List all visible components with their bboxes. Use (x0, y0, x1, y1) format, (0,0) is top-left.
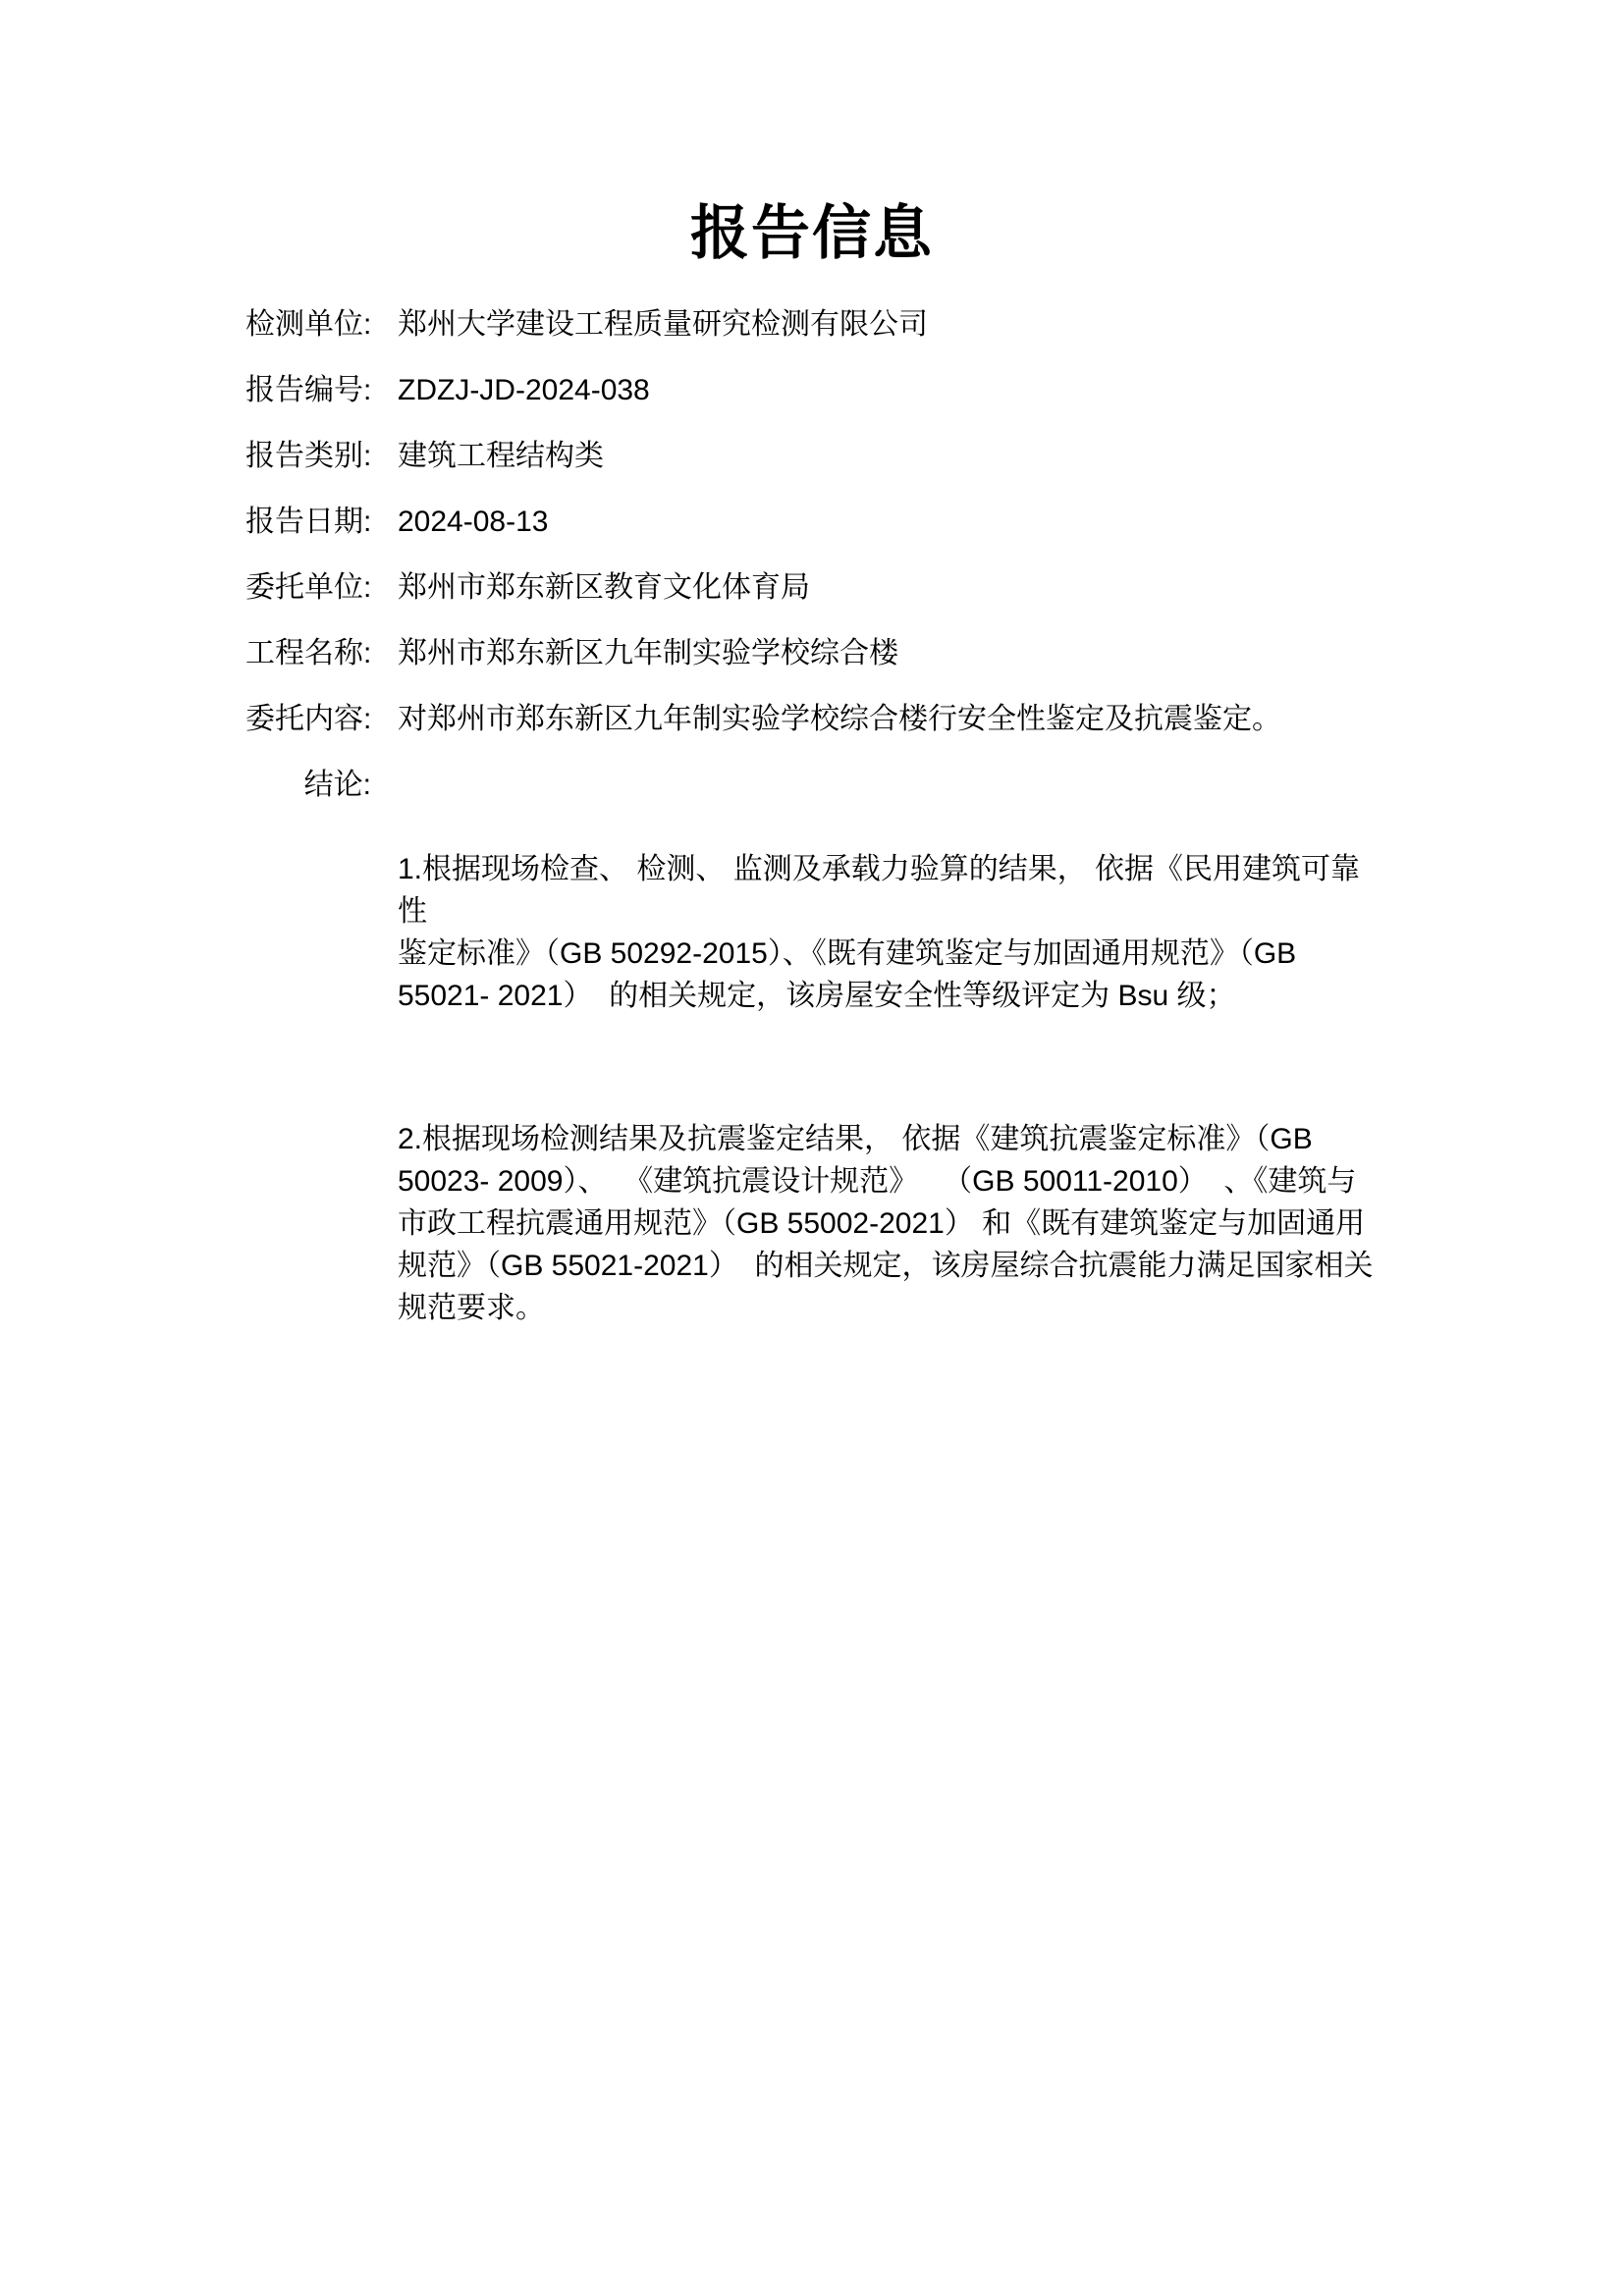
field-label: 报告类别: (245, 435, 371, 477)
report-info-page: 报告信息 检测单位: 郑州大学建设工程质量研究检测有限公司 报告编号: ZDZJ… (0, 0, 1624, 2296)
conclusion-body: 1.根据现场检查、 检测、 监测及承载力验算的结果， 依据《民用建筑可靠性 鉴定… (398, 764, 1384, 1414)
field-value: 郑州市郑东新区九年制实验学校综合楼 (398, 632, 1384, 674)
field-value: 2024-08-13 (398, 501, 1384, 543)
field-value: 郑州市郑东新区教育文化体育局 (398, 566, 1384, 609)
field-value: ZDZJ-JD-2024-038 (398, 369, 1384, 411)
field-row-commission-content: 委托内容: 对郑州市郑东新区九年制实验学校综合楼行安全性鉴定及抗震鉴定。 (245, 698, 1384, 740)
report-info-fields: 检测单位: 郑州大学建设工程质量研究检测有限公司 报告编号: ZDZJ-JD-2… (245, 303, 1384, 1414)
field-row-report-number: 报告编号: ZDZJ-JD-2024-038 (245, 369, 1384, 411)
conclusion-label: 结论: (245, 764, 371, 806)
field-row-inspection-unit: 检测单位: 郑州大学建设工程质量研究检测有限公司 (245, 303, 1384, 346)
field-value: 郑州大学建设工程质量研究检测有限公司 (398, 303, 1384, 346)
field-row-report-date: 报告日期: 2024-08-13 (245, 501, 1384, 543)
field-label: 工程名称: (245, 632, 371, 674)
field-row-conclusion: 结论: 1.根据现场检查、 检测、 监测及承载力验算的结果， 依据《民用建筑可靠… (245, 764, 1384, 1414)
conclusion-paragraph-1: 1.根据现场检查、 检测、 监测及承载力验算的结果， 依据《民用建筑可靠性 鉴定… (398, 848, 1384, 1017)
conclusion-paragraph-2: 2.根据现场检测结果及抗震鉴定结果， 依据《建筑抗震鉴定标准》（GB 50023… (398, 1118, 1384, 1329)
field-label: 检测单位: (245, 303, 371, 346)
field-row-project-name: 工程名称: 郑州市郑东新区九年制实验学校综合楼 (245, 632, 1384, 674)
field-label: 委托内容: (245, 698, 371, 740)
field-label: 报告日期: (245, 501, 371, 543)
field-row-client-unit: 委托单位: 郑州市郑东新区教育文化体育局 (245, 566, 1384, 609)
field-value: 建筑工程结构类 (398, 435, 1384, 477)
page-title: 报告信息 (0, 201, 1624, 266)
field-row-report-category: 报告类别: 建筑工程结构类 (245, 435, 1384, 477)
field-label: 委托单位: (245, 566, 371, 609)
field-value: 对郑州市郑东新区九年制实验学校综合楼行安全性鉴定及抗震鉴定。 (398, 698, 1384, 740)
field-label: 报告编号: (245, 369, 371, 411)
